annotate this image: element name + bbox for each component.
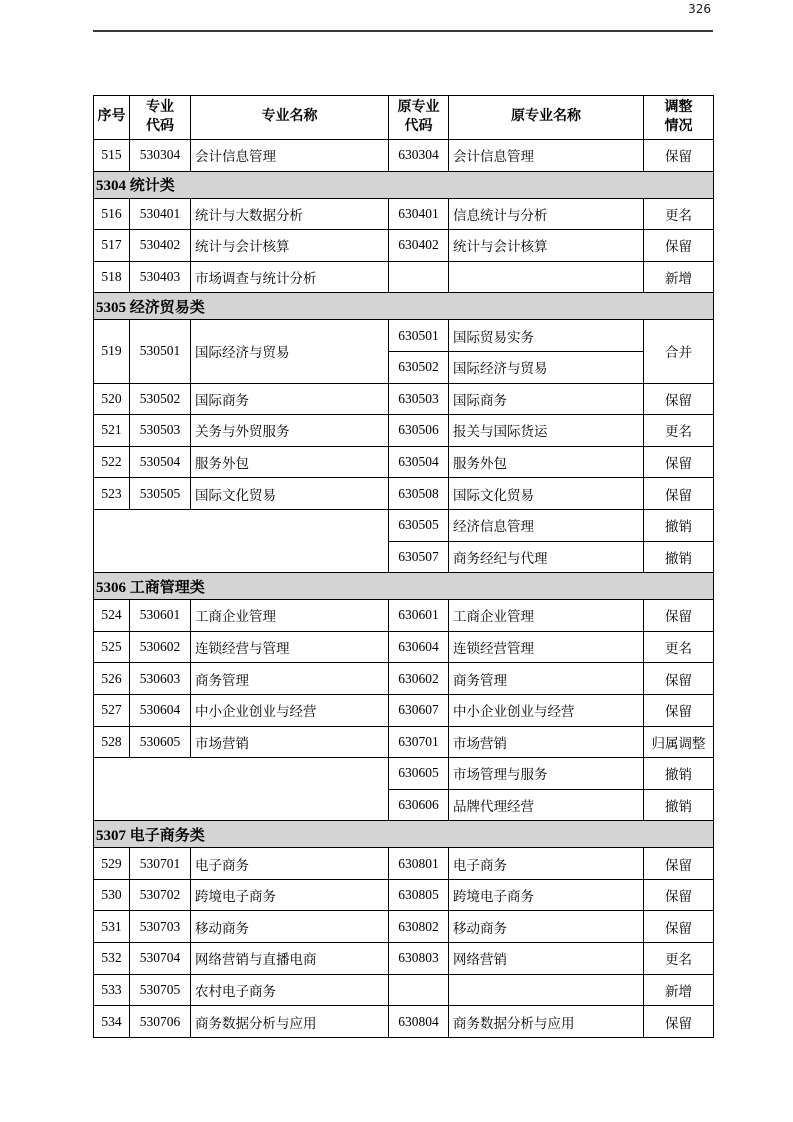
- old-name-cell: 国际文化贸易: [449, 478, 644, 510]
- seq-cell: 529: [94, 848, 130, 880]
- name-cell: 统计与大数据分析: [191, 198, 389, 230]
- table-row: 630505 经济信息管理 撤销: [94, 509, 714, 541]
- status-cell: 撤销: [644, 541, 714, 573]
- header-label: 调整: [644, 99, 713, 118]
- status-cell: 更名: [644, 415, 714, 447]
- seq-cell: 516: [94, 198, 130, 230]
- code-cell: 530602: [130, 631, 191, 663]
- column-header-old-code: 原专业代码: [389, 96, 449, 140]
- seq-cell: 534: [94, 1006, 130, 1038]
- name-cell: 工商企业管理: [191, 600, 389, 632]
- section-row: 5305 经济贸易类: [94, 293, 714, 320]
- column-header-status: 调整情况: [644, 96, 714, 140]
- header-label: 序号: [94, 108, 129, 127]
- code-cell: 530701: [130, 848, 191, 880]
- old-name-cell: [449, 974, 644, 1006]
- old-code-cell: 630401: [389, 198, 449, 230]
- old-name-cell: 服务外包: [449, 446, 644, 478]
- old-name-cell: 电子商务: [449, 848, 644, 880]
- major-adjustment-table: 序号 专业代码 专业名称 原专业代码 原专业名称 调整情况 515 530304…: [93, 95, 714, 1038]
- column-header-seq: 序号: [94, 96, 130, 140]
- old-name-cell: 连锁经营管理: [449, 631, 644, 663]
- name-cell: 农村电子商务: [191, 974, 389, 1006]
- empty-cell: [94, 758, 389, 821]
- old-name-cell: 跨境电子商务: [449, 879, 644, 911]
- status-cell: 更名: [644, 631, 714, 663]
- old-code-cell: 630602: [389, 663, 449, 695]
- old-code-cell: 630505: [389, 509, 449, 541]
- status-cell: 保留: [644, 230, 714, 262]
- status-cell: 保留: [644, 694, 714, 726]
- seq-cell: 528: [94, 726, 130, 758]
- header-label: 专业名称: [191, 108, 388, 127]
- table-row: 529 530701 电子商务 630801 电子商务 保留: [94, 848, 714, 880]
- table-row: 522 530504 服务外包 630504 服务外包 保留: [94, 446, 714, 478]
- old-name-cell: 商务管理: [449, 663, 644, 695]
- old-code-cell: 630604: [389, 631, 449, 663]
- code-cell: 530403: [130, 261, 191, 293]
- status-cell: 保留: [644, 911, 714, 943]
- old-code-cell: 630501: [389, 320, 449, 352]
- table-row: 526 530603 商务管理 630602 商务管理 保留: [94, 663, 714, 695]
- table-row: 530 530702 跨境电子商务 630805 跨境电子商务 保留: [94, 879, 714, 911]
- old-name-cell: 国际经济与贸易: [449, 351, 644, 383]
- table-row: 520 530502 国际商务 630503 国际商务 保留: [94, 383, 714, 415]
- old-name-cell: 会计信息管理: [449, 140, 644, 172]
- column-header-old-name: 原专业名称: [449, 96, 644, 140]
- section-row: 5307 电子商务类: [94, 821, 714, 848]
- old-code-cell: 630503: [389, 383, 449, 415]
- old-name-cell: 商务数据分析与应用: [449, 1006, 644, 1038]
- table-row: 519 530501 国际经济与贸易 630501 国际贸易实务 合并: [94, 320, 714, 352]
- name-cell: 服务外包: [191, 446, 389, 478]
- old-name-cell: 市场管理与服务: [449, 758, 644, 790]
- name-cell: 会计信息管理: [191, 140, 389, 172]
- code-cell: 530705: [130, 974, 191, 1006]
- header-label: 专业: [130, 99, 190, 118]
- old-code-cell: 630601: [389, 600, 449, 632]
- table-row: 533 530705 农村电子商务 新增: [94, 974, 714, 1006]
- header-label: 原专业: [389, 99, 448, 118]
- name-cell: 商务管理: [191, 663, 389, 695]
- old-code-cell: 630802: [389, 911, 449, 943]
- status-cell: 更名: [644, 943, 714, 975]
- old-name-cell: 经济信息管理: [449, 509, 644, 541]
- old-code-cell: 630803: [389, 943, 449, 975]
- seq-cell: 517: [94, 230, 130, 262]
- code-cell: 530502: [130, 383, 191, 415]
- table-row: 524 530601 工商企业管理 630601 工商企业管理 保留: [94, 600, 714, 632]
- table-header-row: 序号 专业代码 专业名称 原专业代码 原专业名称 调整情况: [94, 96, 714, 140]
- seq-cell: 519: [94, 320, 130, 383]
- seq-cell: 527: [94, 694, 130, 726]
- table-row: 517 530402 统计与会计核算 630402 统计与会计核算 保留: [94, 230, 714, 262]
- column-header-code: 专业代码: [130, 96, 191, 140]
- old-code-cell: 630805: [389, 879, 449, 911]
- name-cell: 市场调查与统计分析: [191, 261, 389, 293]
- code-cell: 530304: [130, 140, 191, 172]
- status-cell: 保留: [644, 848, 714, 880]
- status-cell: 更名: [644, 198, 714, 230]
- table-row: 525 530602 连锁经营与管理 630604 连锁经营管理 更名: [94, 631, 714, 663]
- seq-cell: 530: [94, 879, 130, 911]
- old-name-cell: 工商企业管理: [449, 600, 644, 632]
- status-cell: 保留: [644, 383, 714, 415]
- page-number: 326: [688, 2, 711, 16]
- header-label: 原专业名称: [449, 108, 643, 127]
- name-cell: 跨境电子商务: [191, 879, 389, 911]
- old-name-cell: 国际贸易实务: [449, 320, 644, 352]
- status-cell: 新增: [644, 974, 714, 1006]
- old-code-cell: 630605: [389, 758, 449, 790]
- name-cell: 统计与会计核算: [191, 230, 389, 262]
- seq-cell: 523: [94, 478, 130, 510]
- table-row: 518 530403 市场调查与统计分析 新增: [94, 261, 714, 293]
- table-row: 531 530703 移动商务 630802 移动商务 保留: [94, 911, 714, 943]
- status-cell: 保留: [644, 600, 714, 632]
- name-cell: 关务与外贸服务: [191, 415, 389, 447]
- status-cell: 合并: [644, 320, 714, 383]
- code-cell: 530504: [130, 446, 191, 478]
- status-cell: 保留: [644, 1006, 714, 1038]
- table-row: 521 530503 关务与外贸服务 630506 报关与国际货运 更名: [94, 415, 714, 447]
- old-code-cell: 630606: [389, 789, 449, 821]
- table-row: 516 530401 统计与大数据分析 630401 信息统计与分析 更名: [94, 198, 714, 230]
- status-cell: 撤销: [644, 758, 714, 790]
- old-name-cell: 报关与国际货运: [449, 415, 644, 447]
- table-row: 528 530605 市场营销 630701 市场营销 归属调整: [94, 726, 714, 758]
- name-cell: 国际文化贸易: [191, 478, 389, 510]
- name-cell: 国际经济与贸易: [191, 320, 389, 383]
- seq-cell: 520: [94, 383, 130, 415]
- section-header-cell: 5306 工商管理类: [94, 573, 714, 600]
- status-cell: 保留: [644, 663, 714, 695]
- code-cell: 530603: [130, 663, 191, 695]
- old-code-cell: 630504: [389, 446, 449, 478]
- code-cell: 530706: [130, 1006, 191, 1038]
- status-cell: 归属调整: [644, 726, 714, 758]
- old-name-cell: 国际商务: [449, 383, 644, 415]
- old-code-cell: 630502: [389, 351, 449, 383]
- header-label: 代码: [130, 118, 190, 137]
- status-cell: 保留: [644, 478, 714, 510]
- name-cell: 中小企业创业与经营: [191, 694, 389, 726]
- seq-cell: 521: [94, 415, 130, 447]
- seq-cell: 525: [94, 631, 130, 663]
- old-code-cell: 630304: [389, 140, 449, 172]
- old-code-cell: 630801: [389, 848, 449, 880]
- section-row: 5304 统计类: [94, 171, 714, 198]
- name-cell: 商务数据分析与应用: [191, 1006, 389, 1038]
- table-row: 515 530304 会计信息管理 630304 会计信息管理 保留: [94, 140, 714, 172]
- code-cell: 530503: [130, 415, 191, 447]
- seq-cell: 518: [94, 261, 130, 293]
- header-rule: [93, 30, 713, 32]
- code-cell: 530704: [130, 943, 191, 975]
- old-code-cell: 630607: [389, 694, 449, 726]
- section-header-cell: 5307 电子商务类: [94, 821, 714, 848]
- section-header-cell: 5304 统计类: [94, 171, 714, 198]
- old-name-cell: 市场营销: [449, 726, 644, 758]
- old-name-cell: 商务经纪与代理: [449, 541, 644, 573]
- old-code-cell: 630701: [389, 726, 449, 758]
- code-cell: 530703: [130, 911, 191, 943]
- code-cell: 530605: [130, 726, 191, 758]
- status-cell: 保留: [644, 140, 714, 172]
- seq-cell: 522: [94, 446, 130, 478]
- old-name-cell: 统计与会计核算: [449, 230, 644, 262]
- old-name-cell: 品牌代理经营: [449, 789, 644, 821]
- status-cell: 撤销: [644, 509, 714, 541]
- old-name-cell: 网络营销: [449, 943, 644, 975]
- seq-cell: 524: [94, 600, 130, 632]
- code-cell: 530601: [130, 600, 191, 632]
- old-code-cell: [389, 261, 449, 293]
- seq-cell: 526: [94, 663, 130, 695]
- table-row: 630605 市场管理与服务 撤销: [94, 758, 714, 790]
- section-header-cell: 5305 经济贸易类: [94, 293, 714, 320]
- old-code-cell: 630506: [389, 415, 449, 447]
- status-cell: 保留: [644, 879, 714, 911]
- table-row: 534 530706 商务数据分析与应用 630804 商务数据分析与应用 保留: [94, 1006, 714, 1038]
- column-header-name: 专业名称: [191, 96, 389, 140]
- code-cell: 530604: [130, 694, 191, 726]
- seq-cell: 515: [94, 140, 130, 172]
- old-code-cell: 630507: [389, 541, 449, 573]
- old-name-cell: 中小企业创业与经营: [449, 694, 644, 726]
- table-row: 527 530604 中小企业创业与经营 630607 中小企业创业与经营 保留: [94, 694, 714, 726]
- header-label: 代码: [389, 118, 448, 137]
- old-name-cell: 移动商务: [449, 911, 644, 943]
- old-name-cell: [449, 261, 644, 293]
- status-cell: 新增: [644, 261, 714, 293]
- old-code-cell: [389, 974, 449, 1006]
- section-row: 5306 工商管理类: [94, 573, 714, 600]
- old-name-cell: 信息统计与分析: [449, 198, 644, 230]
- name-cell: 国际商务: [191, 383, 389, 415]
- code-cell: 530501: [130, 320, 191, 383]
- table-row: 523 530505 国际文化贸易 630508 国际文化贸易 保留: [94, 478, 714, 510]
- status-cell: 保留: [644, 446, 714, 478]
- name-cell: 移动商务: [191, 911, 389, 943]
- code-cell: 530401: [130, 198, 191, 230]
- status-cell: 撤销: [644, 789, 714, 821]
- seq-cell: 532: [94, 943, 130, 975]
- seq-cell: 533: [94, 974, 130, 1006]
- document-page: 326 序号 专业代码 专业名称 原专业代码 原专业名称 调整情况 515 53…: [0, 0, 793, 1122]
- name-cell: 连锁经营与管理: [191, 631, 389, 663]
- name-cell: 市场营销: [191, 726, 389, 758]
- empty-cell: [94, 509, 389, 572]
- old-code-cell: 630402: [389, 230, 449, 262]
- name-cell: 电子商务: [191, 848, 389, 880]
- code-cell: 530702: [130, 879, 191, 911]
- code-cell: 530505: [130, 478, 191, 510]
- old-code-cell: 630508: [389, 478, 449, 510]
- header-label: 情况: [644, 118, 713, 137]
- code-cell: 530402: [130, 230, 191, 262]
- table-row: 532 530704 网络营销与直播电商 630803 网络营销 更名: [94, 943, 714, 975]
- name-cell: 网络营销与直播电商: [191, 943, 389, 975]
- seq-cell: 531: [94, 911, 130, 943]
- old-code-cell: 630804: [389, 1006, 449, 1038]
